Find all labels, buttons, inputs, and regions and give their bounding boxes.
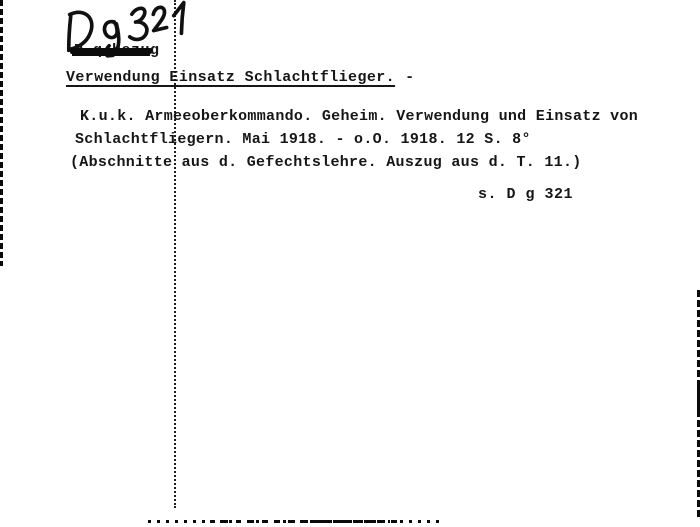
body-line: Schlachtfliegern. Mai 1918. - o.O. 1918.… [70,128,638,151]
card-title: Verwendung Einsatz Schlachtflieger. [66,69,395,86]
catalog-card: D-q-bezu g Verwendung Einsatz Schlachtfl… [0,0,700,527]
bottom-edge-ticks-overlay-2 [300,520,390,523]
body-line: K.u.k. Armeeoberkommando. Geheim. Verwen… [70,105,638,128]
card-heading: Verwendung Einsatz Schlachtflieger.- [66,69,414,86]
reference-call-number: s. D g 321 [478,186,573,203]
strike-bar-2 [72,53,150,56]
struck-out-label: D-q-bezu g [74,42,160,59]
obliterated-text: D-q-bezu [74,42,150,59]
body-line: (Abschnitte aus d. Gefechtslehre. Auszug… [70,151,638,174]
scan-edge-left-dashes [0,0,3,266]
card-title-suffix: - [405,69,414,86]
card-body: K.u.k. Armeeoberkommando. Geheim. Verwen… [70,105,638,174]
